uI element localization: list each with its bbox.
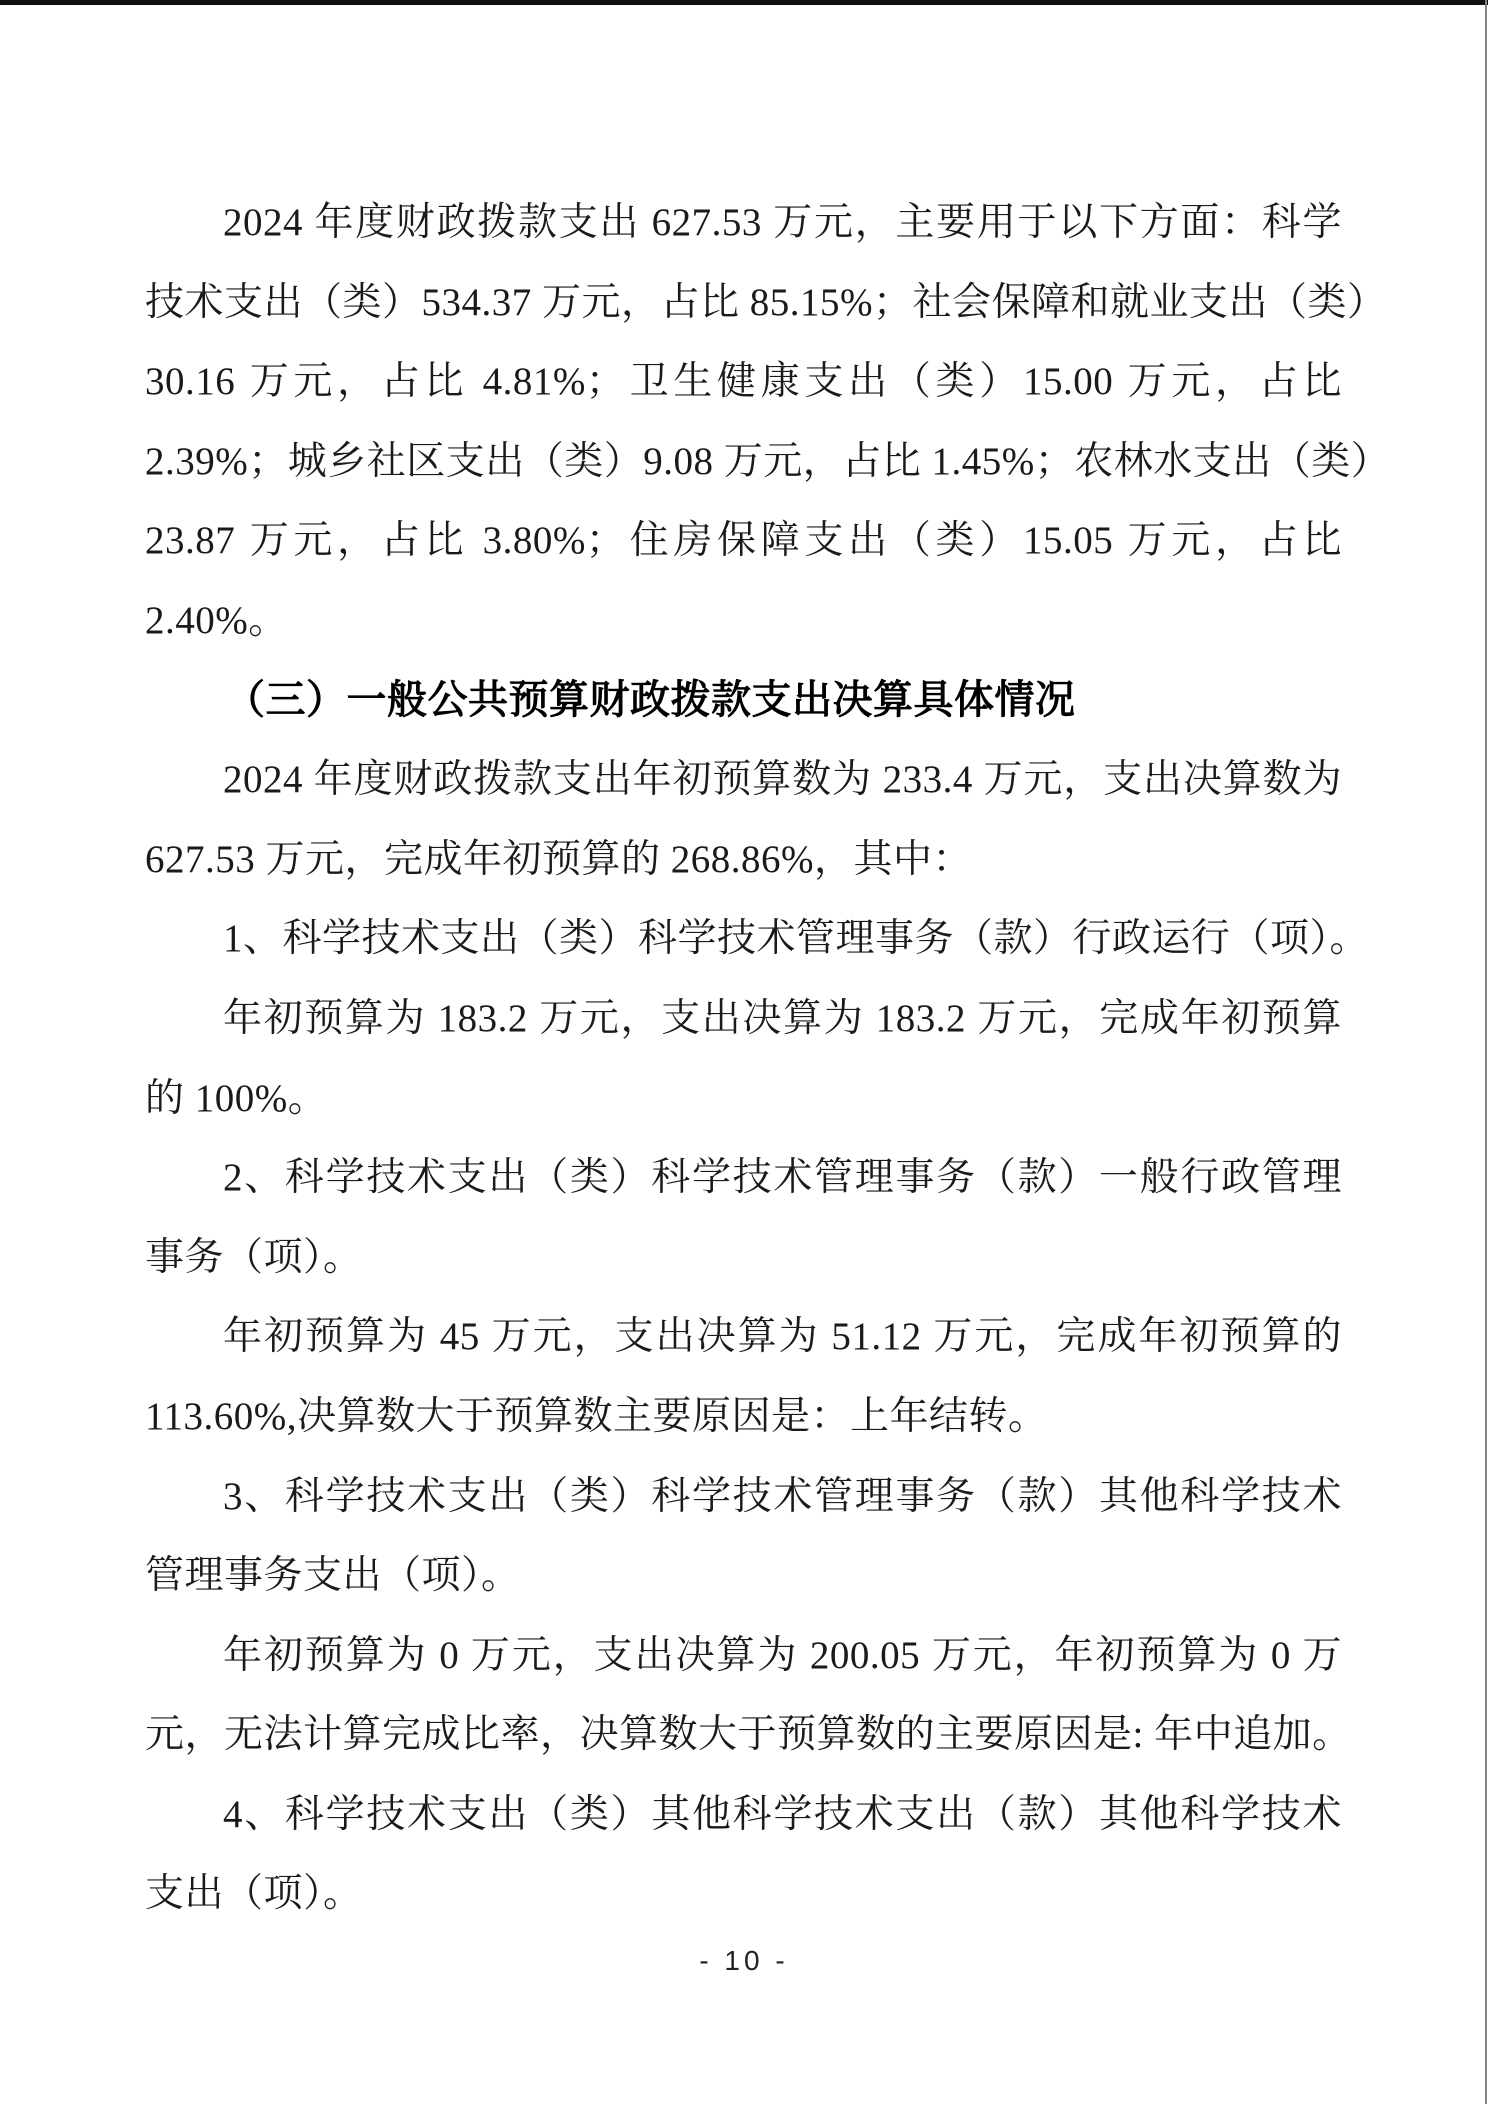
text-line: 2.40%。	[145, 581, 1342, 661]
text-line: 年初预算为 183.2 万元，支出决算为 183.2 万元，完成年初预算	[145, 979, 1342, 1059]
item-2-detail: 年初预算为 45 万元，支出决算为 51.12 万元，完成年初预算的 113.6…	[145, 1297, 1342, 1456]
text-line: 627.53 万元，完成年初预算的 268.86%，其中：	[145, 820, 1342, 900]
text-line: 技术支出（类）534.37 万元，占比 85.15%；社会保障和就业支出（类）	[145, 263, 1342, 343]
document-page: 2024 年度财政拨款支出 627.53 万元，主要用于以下方面：科学 技术支出…	[0, 0, 1488, 2104]
text-line: 年初预算为 45 万元，支出决算为 51.12 万元，完成年初预算的	[145, 1297, 1342, 1377]
text-line: 4、科学技术支出（类）其他科学技术支出（款）其他科学技术	[145, 1775, 1342, 1855]
text-line: 年初预算为 0 万元，支出决算为 200.05 万元，年初预算为 0 万	[145, 1616, 1342, 1696]
section-heading-text: （三）一般公共预算财政拨款支出决算具体情况	[145, 661, 1342, 741]
section-heading-3: （三）一般公共预算财政拨款支出决算具体情况	[145, 661, 1342, 741]
item-4-title: 4、科学技术支出（类）其他科学技术支出（款）其他科学技术 支出（项）。	[145, 1775, 1342, 1934]
text-line: 事务（项）。	[145, 1218, 1342, 1298]
text-line: 2024 年度财政拨款支出 627.53 万元，主要用于以下方面：科学	[145, 183, 1342, 263]
text-line: 30.16 万元，占比 4.81%；卫生健康支出（类）15.00 万元，占比	[145, 342, 1342, 422]
paragraph-budget-vs-final: 2024 年度财政拨款支出年初预算数为 233.4 万元，支出决算数为 627.…	[145, 740, 1342, 899]
page-number: - 10 -	[699, 1945, 788, 1976]
text-line: 2.39%；城乡社区支出（类）9.08 万元，占比 1.45%；农林水支出（类）	[145, 422, 1342, 502]
document-body: 2024 年度财政拨款支出 627.53 万元，主要用于以下方面：科学 技术支出…	[145, 183, 1342, 1934]
text-line: 1、科学技术支出（类）科学技术管理事务（款）行政运行（项）。	[145, 899, 1342, 979]
text-line: 113.60%,决算数大于预算数主要原因是：上年结转。	[145, 1377, 1342, 1457]
item-3-title: 3、科学技术支出（类）科学技术管理事务（款）其他科学技术 管理事务支出（项）。	[145, 1457, 1342, 1616]
text-line: 3、科学技术支出（类）科学技术管理事务（款）其他科学技术	[145, 1457, 1342, 1537]
paragraph-expenditure-overview: 2024 年度财政拨款支出 627.53 万元，主要用于以下方面：科学 技术支出…	[145, 183, 1342, 661]
right-border-line	[1485, 0, 1487, 2104]
item-3-detail: 年初预算为 0 万元，支出决算为 200.05 万元，年初预算为 0 万 元，无…	[145, 1616, 1342, 1775]
item-2-title: 2、科学技术支出（类）科学技术管理事务（款）一般行政管理 事务（项）。	[145, 1138, 1342, 1297]
text-line: 2、科学技术支出（类）科学技术管理事务（款）一般行政管理	[145, 1138, 1342, 1218]
text-line: 23.87 万元，占比 3.80%；住房保障支出（类）15.05 万元，占比	[145, 501, 1342, 581]
top-border-line	[0, 0, 1488, 5]
text-line: 元，无法计算完成比率，决算数大于预算数的主要原因是: 年中追加。	[145, 1695, 1342, 1775]
item-1-title: 1、科学技术支出（类）科学技术管理事务（款）行政运行（项）。	[145, 899, 1342, 979]
page-footer: - 10 -	[0, 1945, 1488, 1977]
text-line: 支出（项）。	[145, 1854, 1342, 1934]
text-line: 管理事务支出（项）。	[145, 1536, 1342, 1616]
text-line: 2024 年度财政拨款支出年初预算数为 233.4 万元，支出决算数为	[145, 740, 1342, 820]
item-1-detail: 年初预算为 183.2 万元，支出决算为 183.2 万元，完成年初预算 的 1…	[145, 979, 1342, 1138]
text-line: 的 100%。	[145, 1059, 1342, 1139]
